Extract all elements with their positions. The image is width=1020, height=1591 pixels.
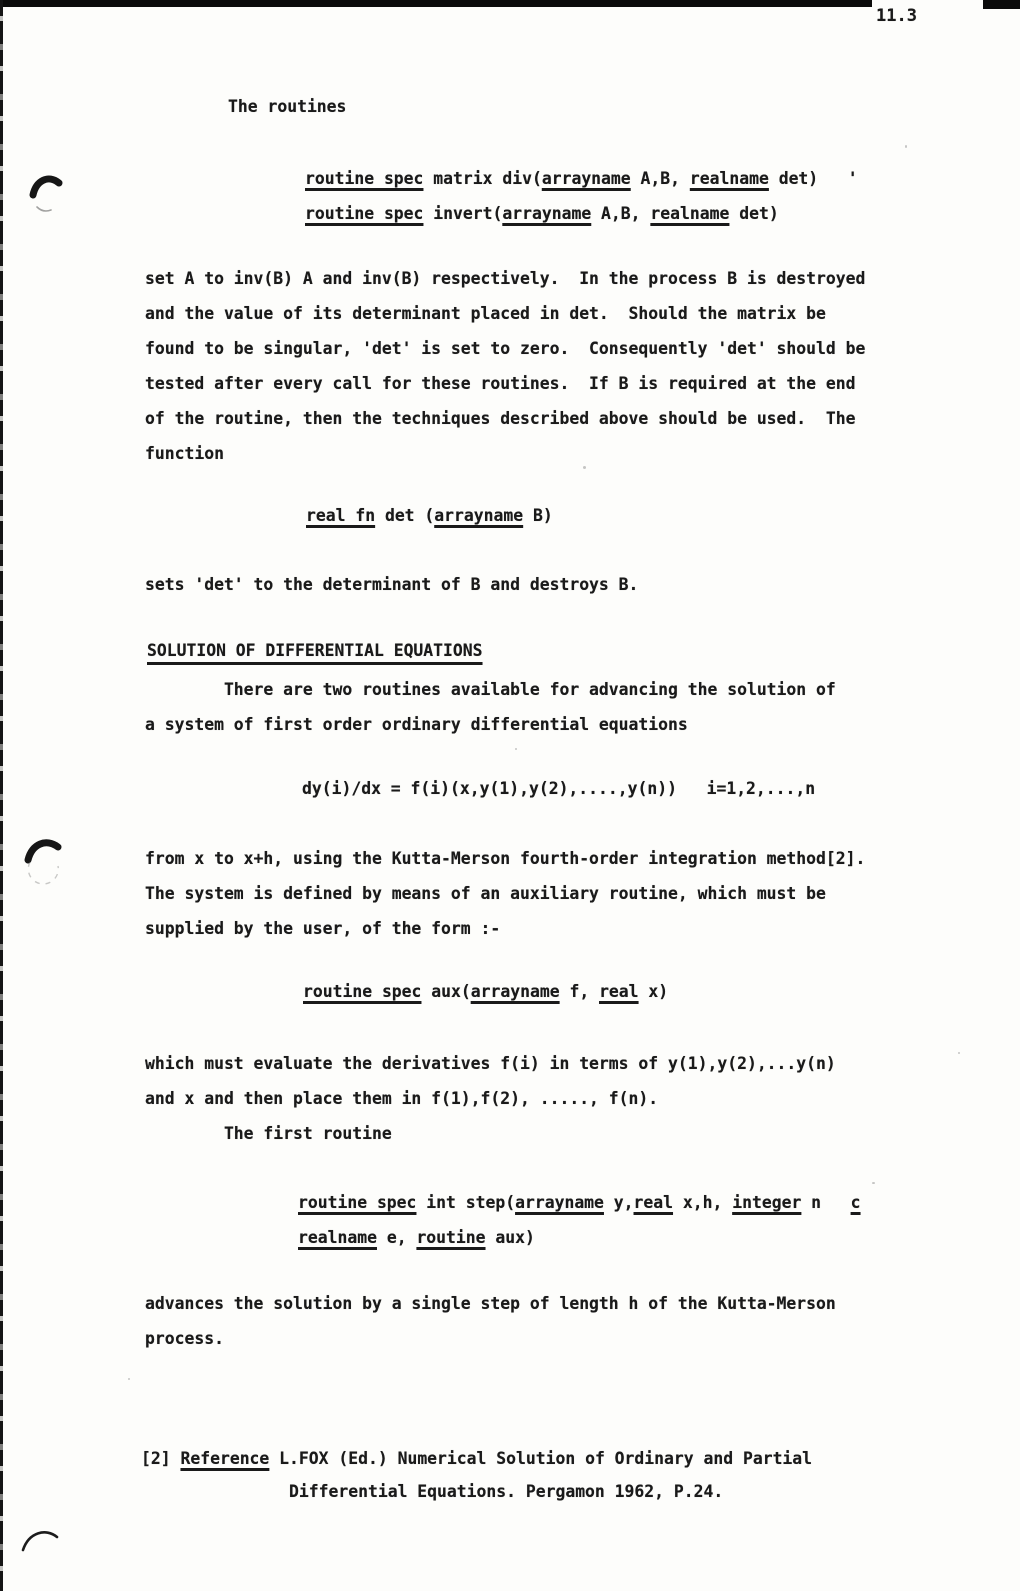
pen-mark-icon [18, 1526, 62, 1554]
scan-speck [583, 466, 586, 469]
footnote-reference: [2] Reference L.FOX (Ed.) Numerical Solu… [141, 1442, 812, 1508]
routine-spec-int-step: routine spec int step(arrayname y,real x… [298, 1185, 861, 1255]
scan-speck [905, 145, 907, 148]
scan-speck [958, 1052, 960, 1054]
routine-spec-aux: routine spec aux(arrayname f, real x) [303, 974, 668, 1009]
pen-mark-icon [28, 170, 64, 218]
pen-mark-icon [22, 832, 66, 896]
paragraph-kutta-merson: from x to x+h, using the Kutta-Merson fo… [145, 841, 865, 946]
page-number: 11.3 [876, 4, 917, 28]
paragraph-sets-det: sets 'det' to the determinant of B and d… [145, 567, 638, 602]
scan-speck [128, 1378, 130, 1380]
paragraph-advances-solution: advances the solution by a single step o… [145, 1286, 836, 1356]
scan-border-left-edge [0, 0, 3, 1591]
scan-border-top-left [0, 0, 872, 7]
real-fn-det-spec: real fn det (arrayname B) [306, 498, 553, 533]
scan-speck [515, 748, 517, 750]
intro-text: The routines [228, 89, 346, 124]
routine-spec-matrix-div-invert: routine spec matrix div(arrayname A,B, r… [305, 161, 858, 231]
scan-speck [872, 1182, 875, 1184]
paragraph-two-routines: There are two routines available for adv… [145, 672, 836, 742]
section-heading: SOLUTION OF DIFFERENTIAL EQUATIONS [147, 633, 483, 668]
differential-equation: dy(i)/dx = f(i)(x,y(1),y(2),....,y(n)) i… [302, 771, 815, 806]
scanned-document-page: 11.3 The routines routine spec matrix di… [0, 0, 1020, 1591]
paragraph-derivatives: which must evaluate the derivatives f(i)… [145, 1046, 836, 1151]
scan-border-top-right [983, 0, 1020, 9]
paragraph-det-description: set A to inv(B) A and inv(B) respectivel… [145, 261, 865, 471]
